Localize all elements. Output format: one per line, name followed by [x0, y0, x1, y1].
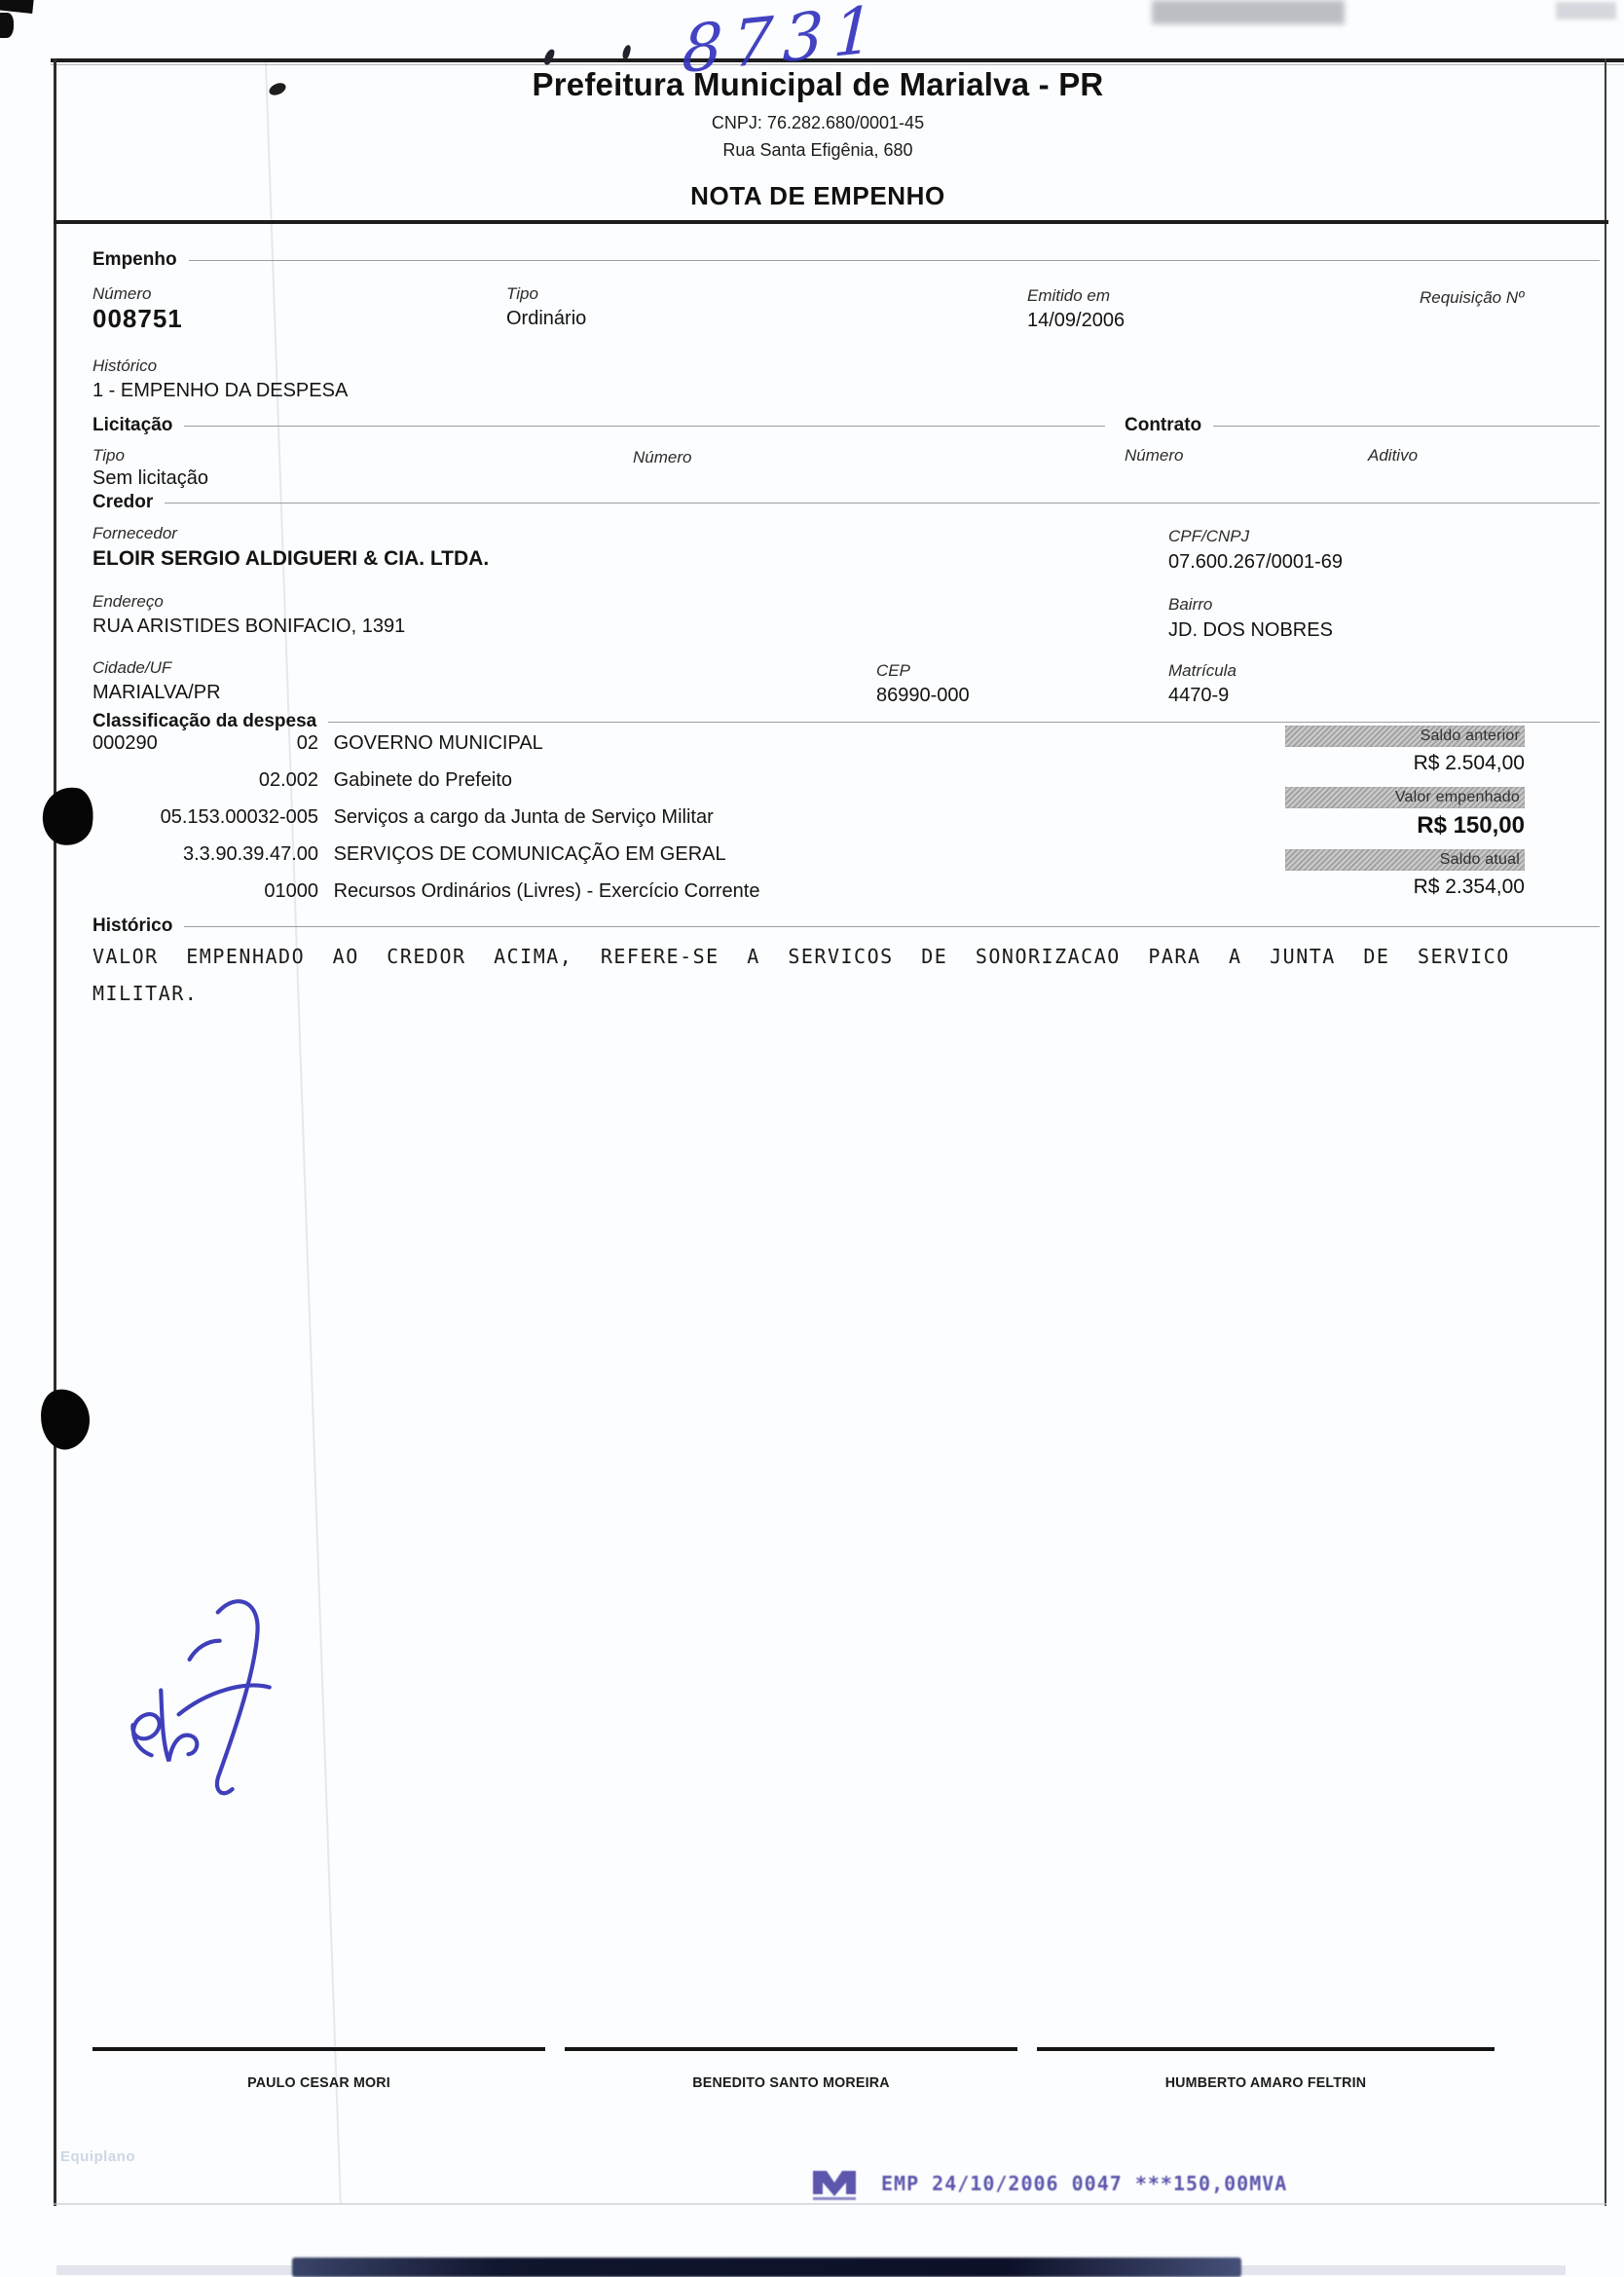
- credor-matricula-value: 4470-9: [1168, 685, 1229, 707]
- stamp-text: EMP 24/10/2006 0047 ***150,00MVA: [881, 2169, 1287, 2195]
- empenho-historico-label: Histórico: [92, 356, 157, 376]
- credor-fornecedor-value: ELOIR SERGIO ALDIGUERI & CIA. LTDA.: [92, 547, 489, 571]
- section-label: Licitação: [92, 415, 172, 436]
- organization-name: Prefeitura Municipal de Marialva - PR: [428, 66, 1207, 103]
- section-header-licitacao: Licitação: [92, 415, 1105, 436]
- ink-blot: [38, 783, 98, 849]
- section-header-historico: Histórico: [92, 915, 1600, 937]
- licitacao-numero-label: Número: [633, 448, 691, 467]
- classification-row: 3.3.90.39.47.00 SERVIÇOS DE COMUNICAÇÃO …: [92, 843, 1280, 866]
- valor-empenhado-value: R$ 150,00: [1285, 812, 1525, 840]
- classification-description: GOVERNO MUNICIPAL: [334, 732, 543, 754]
- section-header-contrato: Contrato: [1125, 415, 1600, 436]
- saldo-atual-bar: Saldo atual: [1285, 849, 1525, 871]
- handwritten-signature-ink: [94, 1573, 328, 1823]
- valor-empenhado-label: Valor empenhado: [1285, 787, 1525, 808]
- saldo-atual-label: Saldo atual: [1285, 849, 1525, 871]
- contrato-aditivo-label: Aditivo: [1368, 446, 1418, 466]
- nota-de-empenho-document: 8731 Prefeitura Municipal de Marialva - …: [0, 0, 1624, 2277]
- section-rule: [189, 260, 1600, 261]
- scan-smudge: [1556, 2, 1616, 19]
- empenho-numero-label: Número: [92, 284, 151, 304]
- credor-cidade-value: MARIALVA/PR: [92, 682, 221, 704]
- signature-line: [1037, 2047, 1495, 2051]
- empenho-requisicao-label: Requisição Nº: [1420, 288, 1524, 308]
- empenho-numero-value: 008751: [92, 304, 183, 334]
- credor-cep-value: 86990-000: [876, 685, 970, 707]
- section-label: Histórico: [92, 915, 172, 937]
- scan-edge-shadow: [292, 2258, 1241, 2277]
- section-label: Empenho: [92, 249, 177, 271]
- ink-speck: [268, 81, 288, 97]
- credor-endereco-label: Endereço: [92, 592, 164, 612]
- saldo-anterior-label: Saldo anterior: [1285, 726, 1525, 747]
- saldo-anterior-bar: Saldo anterior: [1285, 726, 1525, 747]
- classification-code: 3.3.90.39.47.00: [92, 843, 318, 866]
- section-rule: [165, 503, 1600, 504]
- classification-description: Recursos Ordinários (Livres) - Exercício…: [334, 880, 760, 902]
- equiplano-watermark: Equiplano: [60, 2148, 135, 2165]
- signature-name: HUMBERTO AMARO FELTRIN: [1049, 2074, 1484, 2091]
- validation-stamp: EMP 24/10/2006 0047 ***150,00MVA: [811, 2169, 1287, 2202]
- organization-cnpj: CNPJ: 76.282.680/0001-45: [428, 113, 1207, 133]
- signature-line: [92, 2047, 545, 2051]
- organization-address: Rua Santa Efigênia, 680: [428, 140, 1207, 161]
- classification-row: 05.153.00032-005 Serviços a cargo da Jun…: [92, 806, 1280, 829]
- historico-text: VALOR EMPENHADO AO CREDOR ACIMA, REFERE-…: [92, 938, 1533, 1012]
- empenho-historico-value: 1 - EMPENHO DA DESPESA: [92, 380, 348, 402]
- classification-code: 01000: [92, 880, 318, 903]
- credor-cpfcnpj-label: CPF/CNPJ: [1168, 527, 1249, 546]
- document-title: NOTA DE EMPENHO: [428, 181, 1207, 211]
- credor-cpfcnpj-value: 07.600.267/0001-69: [1168, 551, 1343, 574]
- empenho-emitido-value: 14/09/2006: [1027, 310, 1125, 332]
- section-rule: [184, 426, 1105, 427]
- bottom-rule: [54, 2203, 1606, 2205]
- section-label: Classificação da despesa: [92, 711, 316, 732]
- classification-code: 05.153.00032-005: [92, 806, 318, 829]
- credor-bairro-value: JD. DOS NOBRES: [1168, 619, 1333, 642]
- scan-corner-mark: [0, 0, 34, 14]
- section-header-empenho: Empenho: [92, 249, 1600, 271]
- contrato-numero-label: Número: [1125, 446, 1183, 466]
- empenho-tipo-value: Ordinário: [506, 308, 586, 330]
- classification-row: 01000 Recursos Ordinários (Livres) - Exe…: [92, 880, 1280, 903]
- classification-code: 02.002: [92, 769, 318, 792]
- valor-empenhado-bar: Valor empenhado: [1285, 787, 1525, 808]
- credor-matricula-label: Matrícula: [1168, 661, 1236, 681]
- section-label: Credor: [92, 492, 153, 513]
- scan-smudge: [1152, 0, 1345, 24]
- classification-row: 000290 02 GOVERNO MUNICIPAL: [92, 732, 1280, 755]
- credor-endereco-value: RUA ARISTIDES BONIFACIO, 1391: [92, 616, 405, 638]
- left-border: [54, 58, 56, 2206]
- header-divider-rule: [54, 220, 1608, 224]
- empenho-tipo-label: Tipo: [506, 284, 538, 304]
- classification-row: 02.002 Gabinete do Prefeito: [92, 769, 1280, 792]
- classification-description: SERVIÇOS DE COMUNICAÇÃO EM GERAL: [334, 843, 726, 865]
- right-border: [1605, 58, 1606, 2206]
- saldo-anterior-value: R$ 2.504,00: [1285, 752, 1525, 775]
- credor-fornecedor-label: Fornecedor: [92, 524, 177, 543]
- scan-corner-mark: [0, 13, 14, 38]
- credor-bairro-label: Bairro: [1168, 595, 1212, 615]
- classification-description: Gabinete do Prefeito: [334, 769, 512, 791]
- section-header-credor: Credor: [92, 492, 1600, 513]
- classification-description: Serviços a cargo da Junta de Serviço Mil…: [334, 806, 714, 828]
- signature-name: PAULO CESAR MORI: [104, 2074, 535, 2091]
- licitacao-tipo-value: Sem licitação: [92, 467, 208, 490]
- section-rule: [328, 722, 1600, 723]
- licitacao-tipo-label: Tipo: [92, 446, 125, 466]
- saldo-atual-value: R$ 2.354,00: [1285, 876, 1525, 899]
- section-label: Contrato: [1125, 415, 1201, 436]
- credor-cep-label: CEP: [876, 661, 910, 681]
- empenho-emitido-label: Emitido em: [1027, 286, 1110, 306]
- signature-line: [565, 2047, 1017, 2051]
- stamp-logo-icon: [811, 2169, 866, 2202]
- classification-reduced-code: 000290: [92, 732, 158, 755]
- ink-blot: [34, 1384, 96, 1454]
- section-rule: [184, 926, 1600, 927]
- signature-name: BENEDITO SANTO MOREIRA: [576, 2074, 1007, 2091]
- section-rule: [1213, 426, 1600, 427]
- credor-cidade-label: Cidade/UF: [92, 658, 171, 678]
